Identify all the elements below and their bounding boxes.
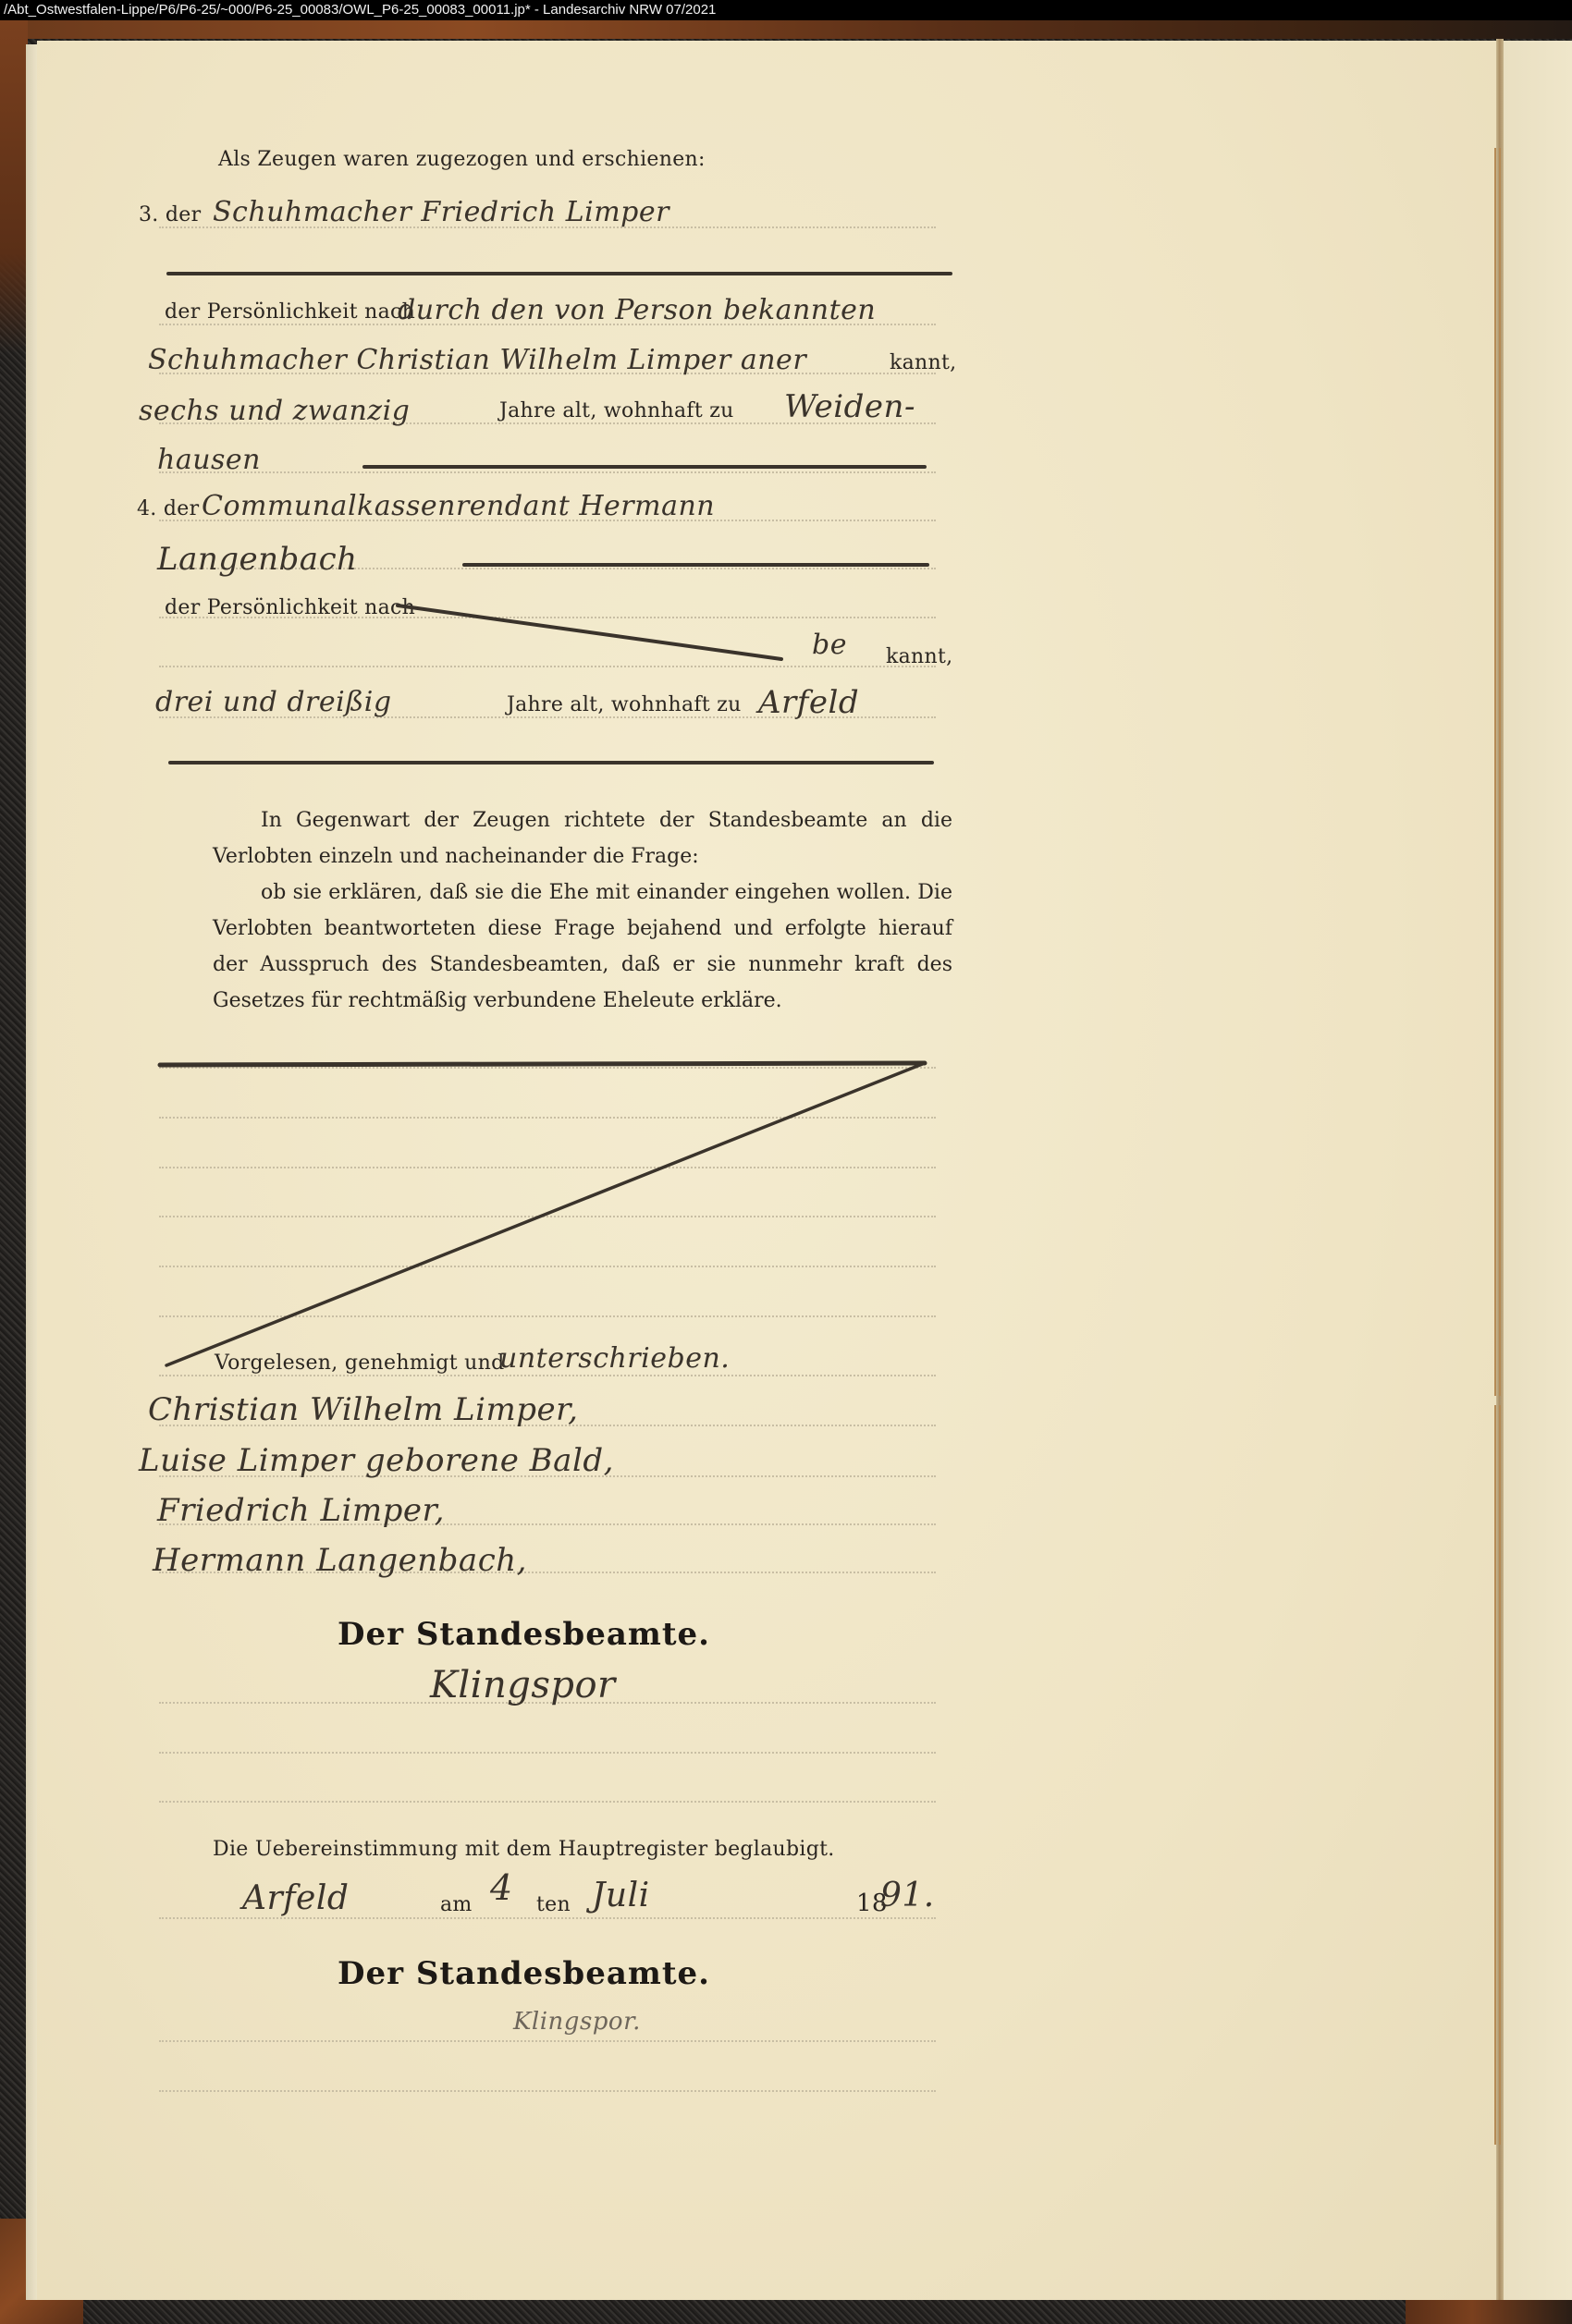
signature-witness-3: Friedrich Limper, (157, 1492, 445, 1529)
strikeout-strokes (0, 0, 1572, 2324)
officer-signature-2: Klingspor. (513, 2008, 641, 2036)
certification-day: 4 (490, 1867, 513, 1908)
window-title-bar: /Abt_Ostwestfalen-Lippe/P6/P6-25/~000/P6… (0, 0, 1572, 20)
read-approved-handwritten: unterschrieben. (499, 1342, 730, 1375)
certification-text: Die Uebereinstimmung mit dem Hauptregist… (213, 1838, 835, 1861)
officer-signature: Klingspor (430, 1664, 616, 1706)
certification-am: am (440, 1893, 473, 1916)
certification-place: Arfeld (242, 1879, 349, 1917)
signature-witness-4: Hermann Langenbach, (153, 1542, 527, 1579)
officer-title-2: Der Standesbeamte. (338, 1955, 710, 1992)
certification-year-handwritten: 91. (880, 1877, 935, 1914)
officer-title: Der Standesbeamte. (338, 1616, 710, 1653)
signature-bride: Luise Limper geborene Bald, (139, 1442, 614, 1479)
signature-groom: Christian Wilhelm Limper, (148, 1391, 578, 1428)
certification-month: Juli (592, 1877, 650, 1914)
certification-ten: ten (536, 1893, 571, 1916)
read-approved-label: Vorgelesen, genehmigt und (215, 1352, 504, 1375)
window-title: /Abt_Ostwestfalen-Lippe/P6/P6-25/~000/P6… (4, 2, 716, 18)
